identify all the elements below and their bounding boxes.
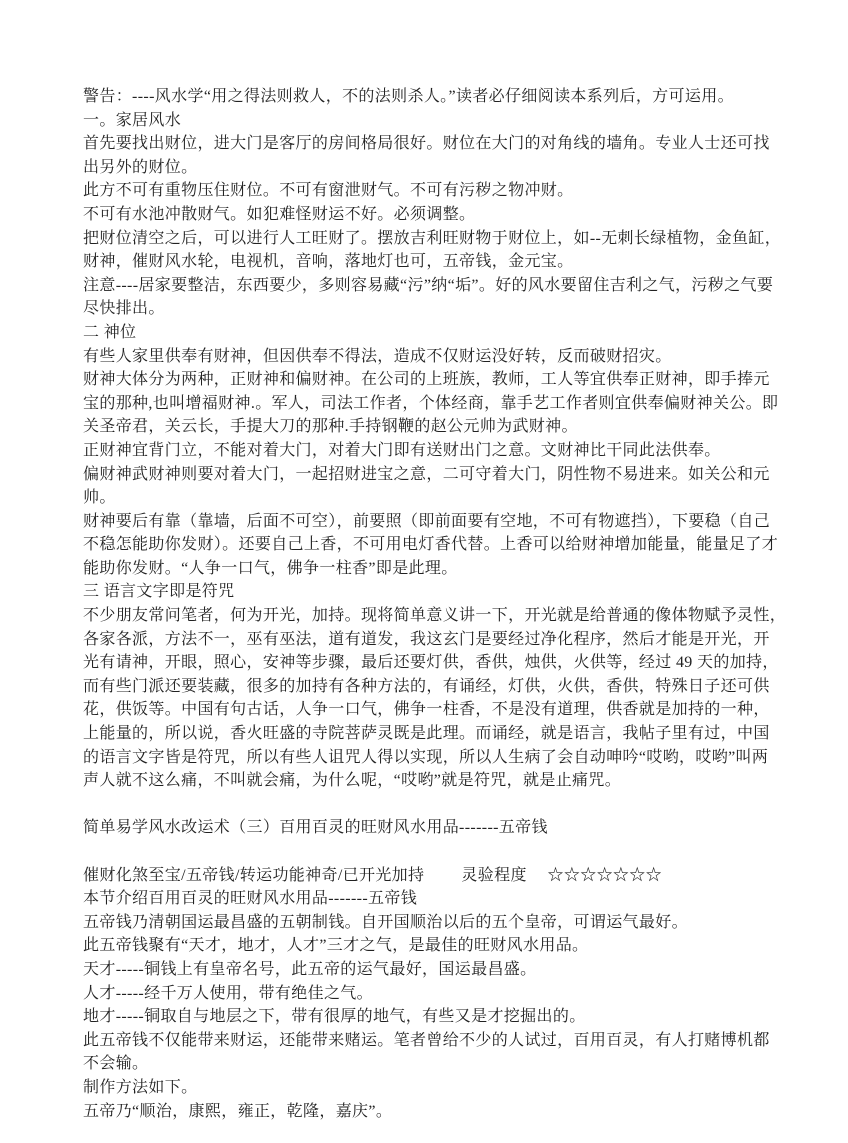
text-line: 此方不可有重物压住财位。不可有窗泄财气。不可有污秽之物冲财。	[83, 179, 783, 203]
text-line: 三 语言文字即是符咒	[83, 580, 783, 604]
text-line: 花，供饭等。中国有句古话，人争一口气，佛争一柱香，不是没有道理，供香就是加持的一…	[83, 698, 783, 722]
text-line: 把财位清空之后，可以进行人工旺财了。摆放吉利旺财物于财位上，如--无刺长绿植物，…	[83, 227, 783, 251]
text-line: 出另外的财位。	[83, 156, 783, 180]
text-line: 不会输。	[83, 1052, 783, 1076]
text-line: 催财化煞至宝/五帝钱/转运功能神奇/已开光加持 灵验程度 ☆☆☆☆☆☆☆	[83, 864, 783, 888]
text-line: 地才-----铜取自与地层之下，带有很厚的地气，有些又是才挖掘出的。	[83, 1005, 783, 1029]
text-line: 此五帝钱不仅能带来财运，还能带来赌运。笔者曾给不少的人试过，百用百灵，有人打赌博…	[83, 1029, 783, 1053]
text-line: 能助你发财。“人争一口气，佛争一柱香”即是此理。	[83, 557, 783, 581]
text-line: 人才-----经千万人使用，带有绝佳之气。	[83, 982, 783, 1006]
text-line: 有些人家里供奉有财神，但因供奉不得法，造成不仅财运没好转，反而破财招灾。	[83, 345, 783, 369]
text-line: 本节介绍百用百灵的旺财风水用品-------五帝钱	[83, 887, 783, 911]
document-page: 警告：----风水学“用之得法则救人，不的法则杀人。”读者必仔细阅读本系列后，方…	[0, 0, 848, 1143]
text-line: 二 神位	[83, 321, 783, 345]
text-line: 五帝钱乃清朝国运最昌盛的五朝制钱。自开国顺治以后的五个皇帝，可谓运气最好。	[83, 911, 783, 935]
text-line: 五帝乃“顺治，康熙，雍正，乾隆，嘉庆”。	[83, 1100, 783, 1124]
text-line: 财神，催财风水轮，电视机，音响，落地灯也可，五帝钱，金元宝。	[83, 250, 783, 274]
text-line: 财神大体分为两种，正财神和偏财神。在公司的上班族，教师，工人等宜供奉正财神，即手…	[83, 368, 783, 392]
text-line: 不可有水池冲散财气。如犯难怪财运不好。必须调整。	[83, 203, 783, 227]
blank-line	[83, 793, 783, 817]
text-line: 上能量的，所以说，香火旺盛的寺院菩萨灵既是此理。而诵经，就是语言，我帖子里有过，…	[83, 722, 783, 746]
text-line: 注意----居家要整洁，东西要少，多则容易藏“污”纳“垢”。好的风水要留住吉利之…	[83, 274, 783, 298]
text-line: 警告：----风水学“用之得法则救人，不的法则杀人。”读者必仔细阅读本系列后，方…	[83, 85, 783, 109]
text-line: 一。家居风水	[83, 109, 783, 133]
text-line: 正财神宜背门立，不能对着大门，对着大门即有送财出门之意。文财神比干同此法供奉。	[83, 439, 783, 463]
text-line: 不稳怎能助你发财）。还要自己上香，不可用电灯香代替。上香可以给财神增加能量，能量…	[83, 533, 783, 557]
text-line: 简单易学风水改运术（三）百用百灵的旺财风水用品-------五帝钱	[83, 816, 783, 840]
document-text: 警告：----风水学“用之得法则救人，不的法则杀人。”读者必仔细阅读本系列后，方…	[83, 85, 783, 1123]
text-line: 偏财神武财神则要对着大门，一起招财进宝之意，二可守着大门，阴性物不易进来。如关公…	[83, 463, 783, 487]
text-line: 宝的那种,也叫增福财神.。军人，司法工作者，个体经商，靠手艺工作者则宜供奉偏财神…	[83, 392, 783, 416]
text-line: 光有请神，开眼，照心，安神等步骤，最后还要灯供，香供，烛供，火供等，经过 49 …	[83, 651, 783, 675]
blank-line	[83, 840, 783, 864]
text-line: 制作方法如下。	[83, 1076, 783, 1100]
text-line: 各家各派，方法不一，巫有巫法，道有道发，我这玄门是要经过净化程序，然后才能是开光…	[83, 628, 783, 652]
text-line: 天才-----铜钱上有皇帝名号，此五帝的运气最好，国运最昌盛。	[83, 958, 783, 982]
text-line: 此五帝钱聚有“天才，地才，人才”三才之气，是最佳的旺财风水用品。	[83, 934, 783, 958]
text-line: 的语言文字皆是符咒，所以有些人诅咒人得以实现，所以人生病了会自动呻吟“哎哟，哎哟…	[83, 746, 783, 770]
text-line: 首先要找出财位，进大门是客厅的房间格局很好。财位在大门的对角线的墙角。专业人士还…	[83, 132, 783, 156]
text-line: 关圣帝君，关云长，手提大刀的那种.手持钢鞭的赵公元帅为武财神。	[83, 415, 783, 439]
text-line: 财神要后有靠（靠墙，后面不可空），前要照（即前面要有空地，不可有物遮挡），下要稳…	[83, 510, 783, 534]
text-line: 不少朋友常问笔者，何为开光，加持。现将简单意义讲一下，开光就是给普通的像体物赋予…	[83, 604, 783, 628]
text-line: 帅。	[83, 486, 783, 510]
text-line: 而有些门派还要装藏，很多的加持有各种方法的，有诵经，灯供，火供，香供，特殊日子还…	[83, 675, 783, 699]
text-line: 尽快排出。	[83, 297, 783, 321]
text-line: 声人就不这么痛，不叫就会痛，为什么呢，“哎哟”就是符咒，就是止痛咒。	[83, 769, 783, 793]
